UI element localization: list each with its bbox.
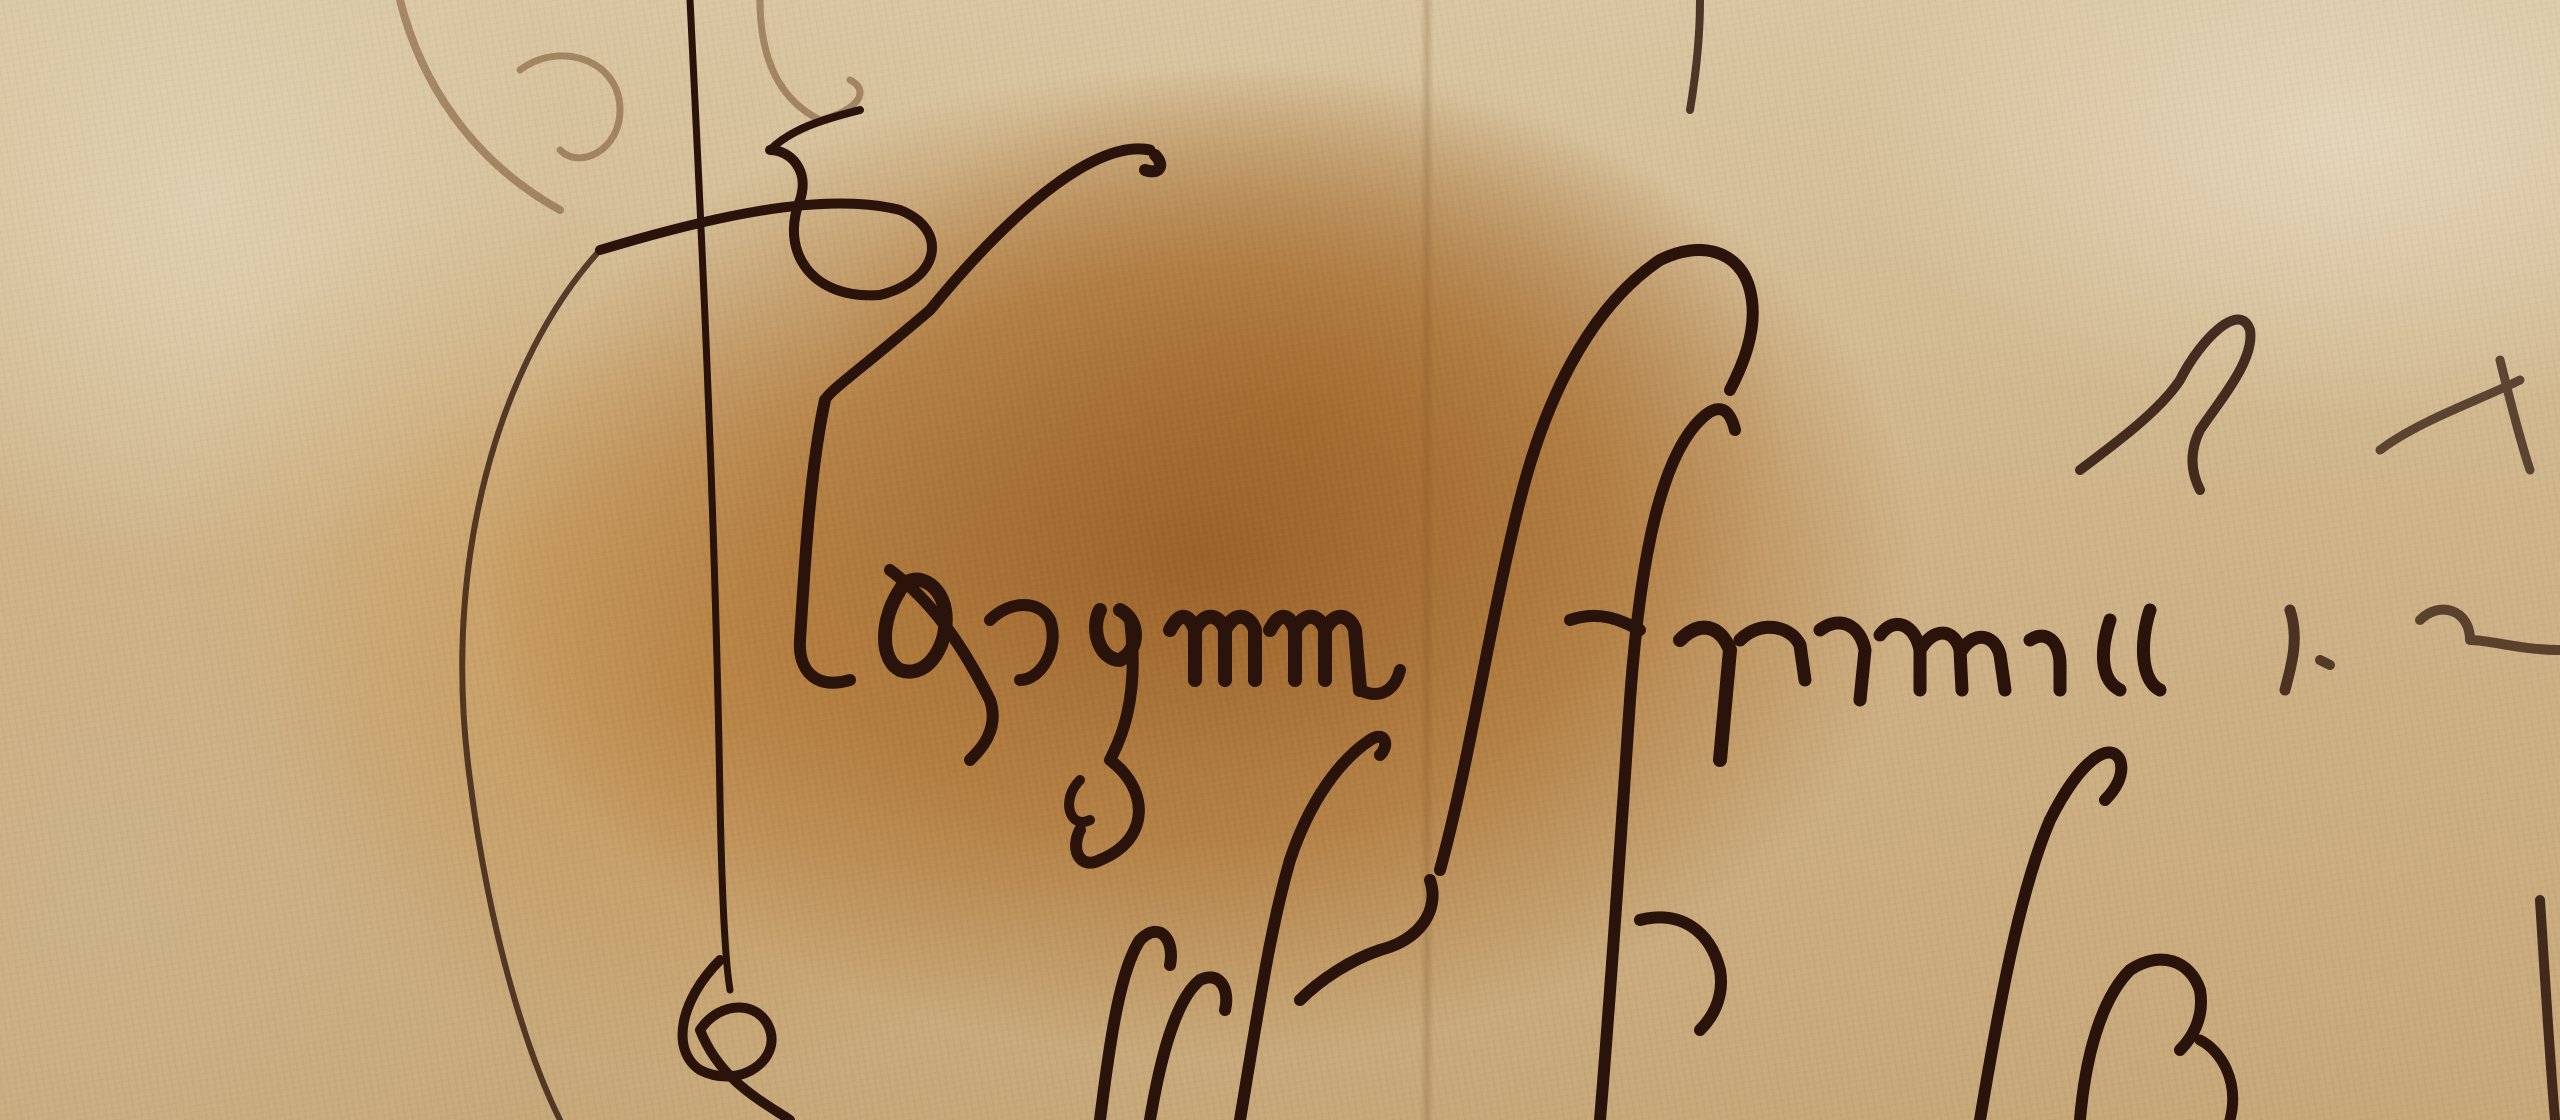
script-initial-l — [800, 149, 1160, 683]
parchment-background: Stained vellum with brown iron-gall ink … — [0, 0, 2560, 1120]
script-line-2 — [1100, 737, 2555, 1120]
ink-script-layer — [0, 0, 2560, 1120]
chrismon-monogram — [400, 0, 932, 1120]
script-right-marks — [1690, 0, 2530, 490]
